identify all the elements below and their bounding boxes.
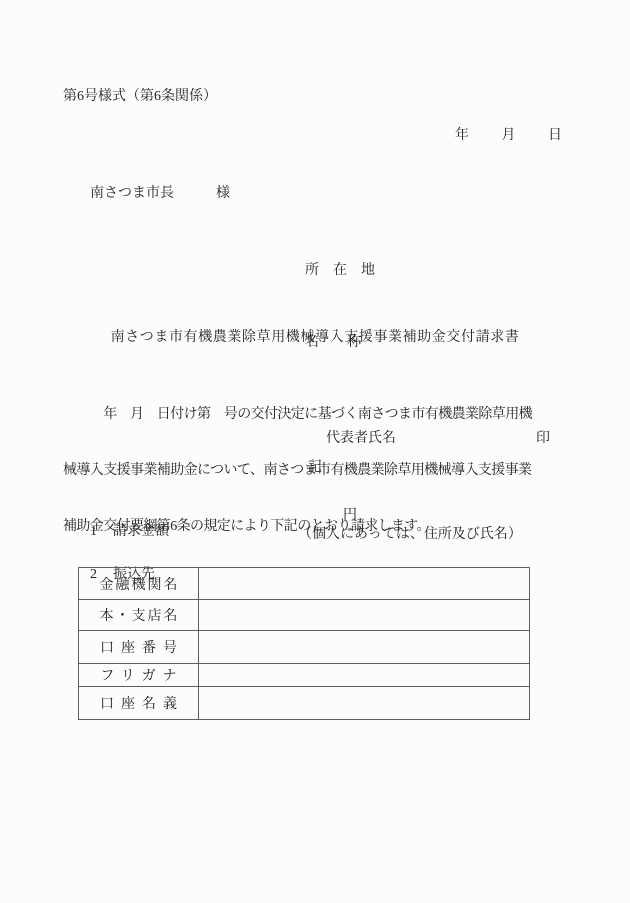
form-number-label: 第6号様式（第6条関係） bbox=[63, 85, 217, 105]
body-line: 年 月 日付け第 号の交付決定に基づく南さつま市有機農業除草用機 bbox=[63, 403, 532, 427]
account-number-cell[interactable] bbox=[199, 631, 530, 664]
row-label-financial-institution: 金融機関名 bbox=[79, 568, 199, 600]
addressee-honorific: 様 bbox=[216, 186, 230, 201]
addressee-name: 南さつま市長 bbox=[90, 186, 174, 201]
row-label-account-number: 口座番号 bbox=[79, 631, 199, 664]
branch-name-cell[interactable] bbox=[199, 600, 530, 631]
furigana-cell[interactable] bbox=[199, 664, 530, 687]
item-number: 1 bbox=[90, 524, 113, 540]
claim-amount-label: 請求金額 bbox=[113, 524, 169, 539]
financial-institution-cell[interactable] bbox=[199, 568, 530, 600]
seal-mark: 印 bbox=[536, 431, 550, 446]
document-page: 第6号様式（第6条関係） 年 月 日 南さつま市長様 所 在 地 名 称 代表者… bbox=[0, 0, 630, 903]
claim-amount-unit: 円 bbox=[343, 504, 357, 524]
table-row: 口座番号 bbox=[79, 631, 530, 664]
submitter-address-label: 所 在 地 bbox=[305, 259, 550, 283]
row-label-furigana: フリガナ bbox=[79, 664, 199, 687]
row-label-account-holder: 口座名義 bbox=[79, 687, 199, 720]
row-label-branch-name: 本・支店名 bbox=[79, 600, 199, 631]
account-holder-cell[interactable] bbox=[199, 687, 530, 720]
item-bank-transfer: 2振込先 bbox=[76, 547, 155, 565]
table-row: 金融機関名 bbox=[79, 568, 530, 600]
issue-date-line: 年 月 日 bbox=[455, 124, 564, 144]
addressee-row: 南さつま市長様 bbox=[76, 166, 230, 218]
table-row: フリガナ bbox=[79, 664, 530, 687]
table-row: 口座名義 bbox=[79, 687, 530, 720]
bank-transfer-table: 金融機関名 本・支店名 口座番号 フリガナ 口座名義 bbox=[78, 567, 530, 720]
record-mark: 記 bbox=[0, 456, 630, 476]
item-claim-amount: 1請求金額 円 bbox=[76, 504, 546, 522]
table-row: 本・支店名 bbox=[79, 600, 530, 631]
document-title: 南さつま市有機農業除草用機械導入支援事業補助金交付請求書 bbox=[0, 326, 630, 346]
claim-amount-field[interactable] bbox=[171, 503, 336, 522]
